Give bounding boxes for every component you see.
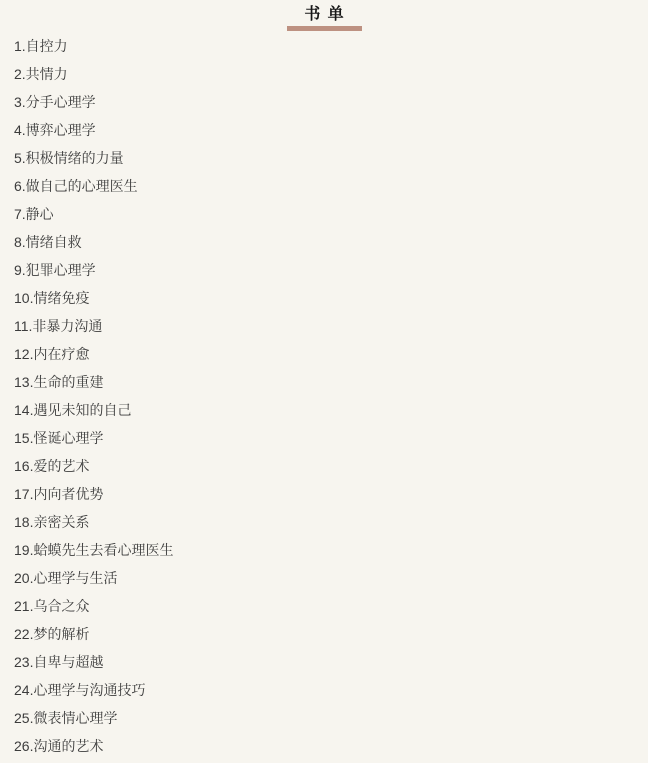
list-item: 14.遇见未知的自己 (14, 396, 648, 424)
header: 书单 (0, 0, 648, 31)
page: 书单 1.自控力2.共情力3.分手心理学4.博弈心理学5.积极情绪的力量6.做自… (0, 0, 648, 763)
list-item: 6.做自己的心理医生 (14, 172, 648, 200)
list-item: 21.乌合之众 (14, 592, 648, 620)
list-item: 3.分手心理学 (14, 88, 648, 116)
list-item: 11.非暴力沟通 (14, 312, 648, 340)
list-item: 8.情绪自救 (14, 228, 648, 256)
page-title: 书单 (0, 6, 648, 23)
list-item: 5.积极情绪的力量 (14, 144, 648, 172)
book-list: 1.自控力2.共情力3.分手心理学4.博弈心理学5.积极情绪的力量6.做自己的心… (0, 31, 648, 760)
list-item: 1.自控力 (14, 32, 648, 60)
list-item: 9.犯罪心理学 (14, 256, 648, 284)
list-item: 13.生命的重建 (14, 368, 648, 396)
list-item: 23.自卑与超越 (14, 648, 648, 676)
list-item: 20.心理学与生活 (14, 564, 648, 592)
list-item: 17.内向者优势 (14, 480, 648, 508)
list-item: 15.怪诞心理学 (14, 424, 648, 452)
list-item: 16.爱的艺术 (14, 452, 648, 480)
list-item: 26.沟通的艺术 (14, 732, 648, 760)
list-item: 7.静心 (14, 200, 648, 228)
list-item: 19.蛤蟆先生去看心理医生 (14, 536, 648, 564)
list-item: 12.内在疗愈 (14, 340, 648, 368)
list-item: 24.心理学与沟通技巧 (14, 676, 648, 704)
list-item: 4.博弈心理学 (14, 116, 648, 144)
list-item: 22.梦的解析 (14, 620, 648, 648)
list-item: 2.共情力 (14, 60, 648, 88)
list-item: 10.情绪免疫 (14, 284, 648, 312)
list-item: 18.亲密关系 (14, 508, 648, 536)
list-item: 25.微表情心理学 (14, 704, 648, 732)
